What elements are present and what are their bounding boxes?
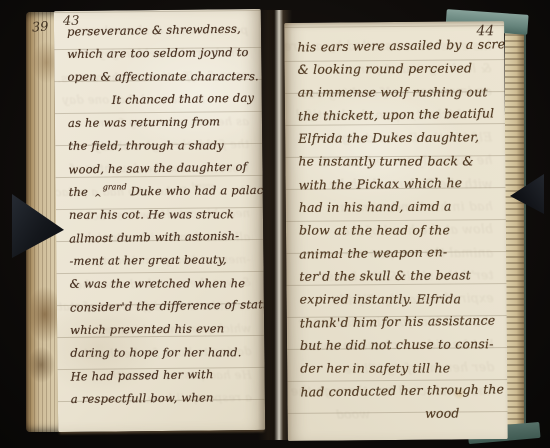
right-page-number: 44	[476, 23, 494, 39]
manuscript-line: the thickett, upon the beatiful	[298, 101, 499, 127]
manuscript-line: thank'd him for his assistance	[300, 308, 501, 334]
manuscript-line: an immense wolf rushing out	[298, 80, 499, 103]
inserted-word: grand	[103, 175, 127, 198]
manuscript-line: Elfrida the Dukes daughter,	[298, 125, 499, 150]
manuscript-line: which prevented his even	[70, 317, 258, 342]
manuscript-line: the field, through a shady	[68, 134, 256, 157]
edge-page-number: 39	[31, 19, 49, 35]
manuscript-line: consider'd the difference of station	[70, 293, 258, 319]
manuscript-line: & looking round perceived	[297, 56, 498, 81]
manuscript-line: his ears were assailed by a scream	[297, 32, 498, 58]
right-page: 44 his ears were assailed by a scream& l…	[284, 21, 508, 441]
notebook: 39 43 perseverance & shrewdness,which ar…	[18, 6, 530, 442]
manuscript-line: expired instantly. Elfrida	[300, 287, 501, 310]
manuscript-line: perseverance & shrewdness,	[67, 17, 255, 43]
manuscript-line: the ^grand Duke who had a palace	[69, 179, 257, 204]
left-page-number: 43	[63, 14, 80, 29]
photograph-background: 39 43 perseverance & shrewdness,which ar…	[0, 0, 550, 448]
manuscript-line: animal the weapon en-	[299, 239, 500, 265]
manuscript-line: with the Pickax which he	[298, 170, 499, 196]
manuscript-line: a respectfull bow, when	[71, 386, 259, 411]
manuscript-line: He had passed her with	[70, 362, 258, 388]
manuscript-line: wood	[300, 401, 501, 426]
manuscript-line: & was the wretched when he	[70, 272, 258, 295]
manuscript-line: open & affectionate characters.	[67, 65, 255, 88]
manuscript-line: der her in safety till he	[300, 356, 501, 379]
manuscript-line: blow at the head of the	[299, 218, 500, 241]
left-page-text: perseverance & shrewdness,which are too …	[54, 9, 265, 432]
manuscript-line: allmost dumb with astonish-	[69, 224, 257, 250]
manuscript-line: ter'd the skull & the beast	[299, 263, 500, 288]
manuscript-line: wood, he saw the daughter of	[68, 155, 256, 181]
manuscript-line: had in his hand, aimd a	[299, 194, 500, 219]
right-page-text: his ears were assailed by a scream& look…	[284, 21, 508, 441]
left-page: 43 perseverance & shrewdness,which are t…	[54, 9, 265, 432]
manuscript-line: had conducted her through the	[300, 377, 501, 403]
page-edges-right	[505, 28, 524, 438]
manuscript-line: daring to hope for her hand.	[70, 341, 258, 364]
manuscript-line: It chanced that one day	[112, 86, 256, 112]
manuscript-line: which are too seldom joynd to	[67, 41, 255, 66]
manuscript-line: but he did not chuse to consi-	[300, 332, 501, 357]
manuscript-line: -ment at her great beauty,	[69, 248, 257, 273]
manuscript-line: as he was returning from	[68, 110, 256, 135]
manuscript-line: near his cot. He was struck	[69, 203, 257, 226]
manuscript-line: he instantly turned back &	[298, 149, 499, 172]
